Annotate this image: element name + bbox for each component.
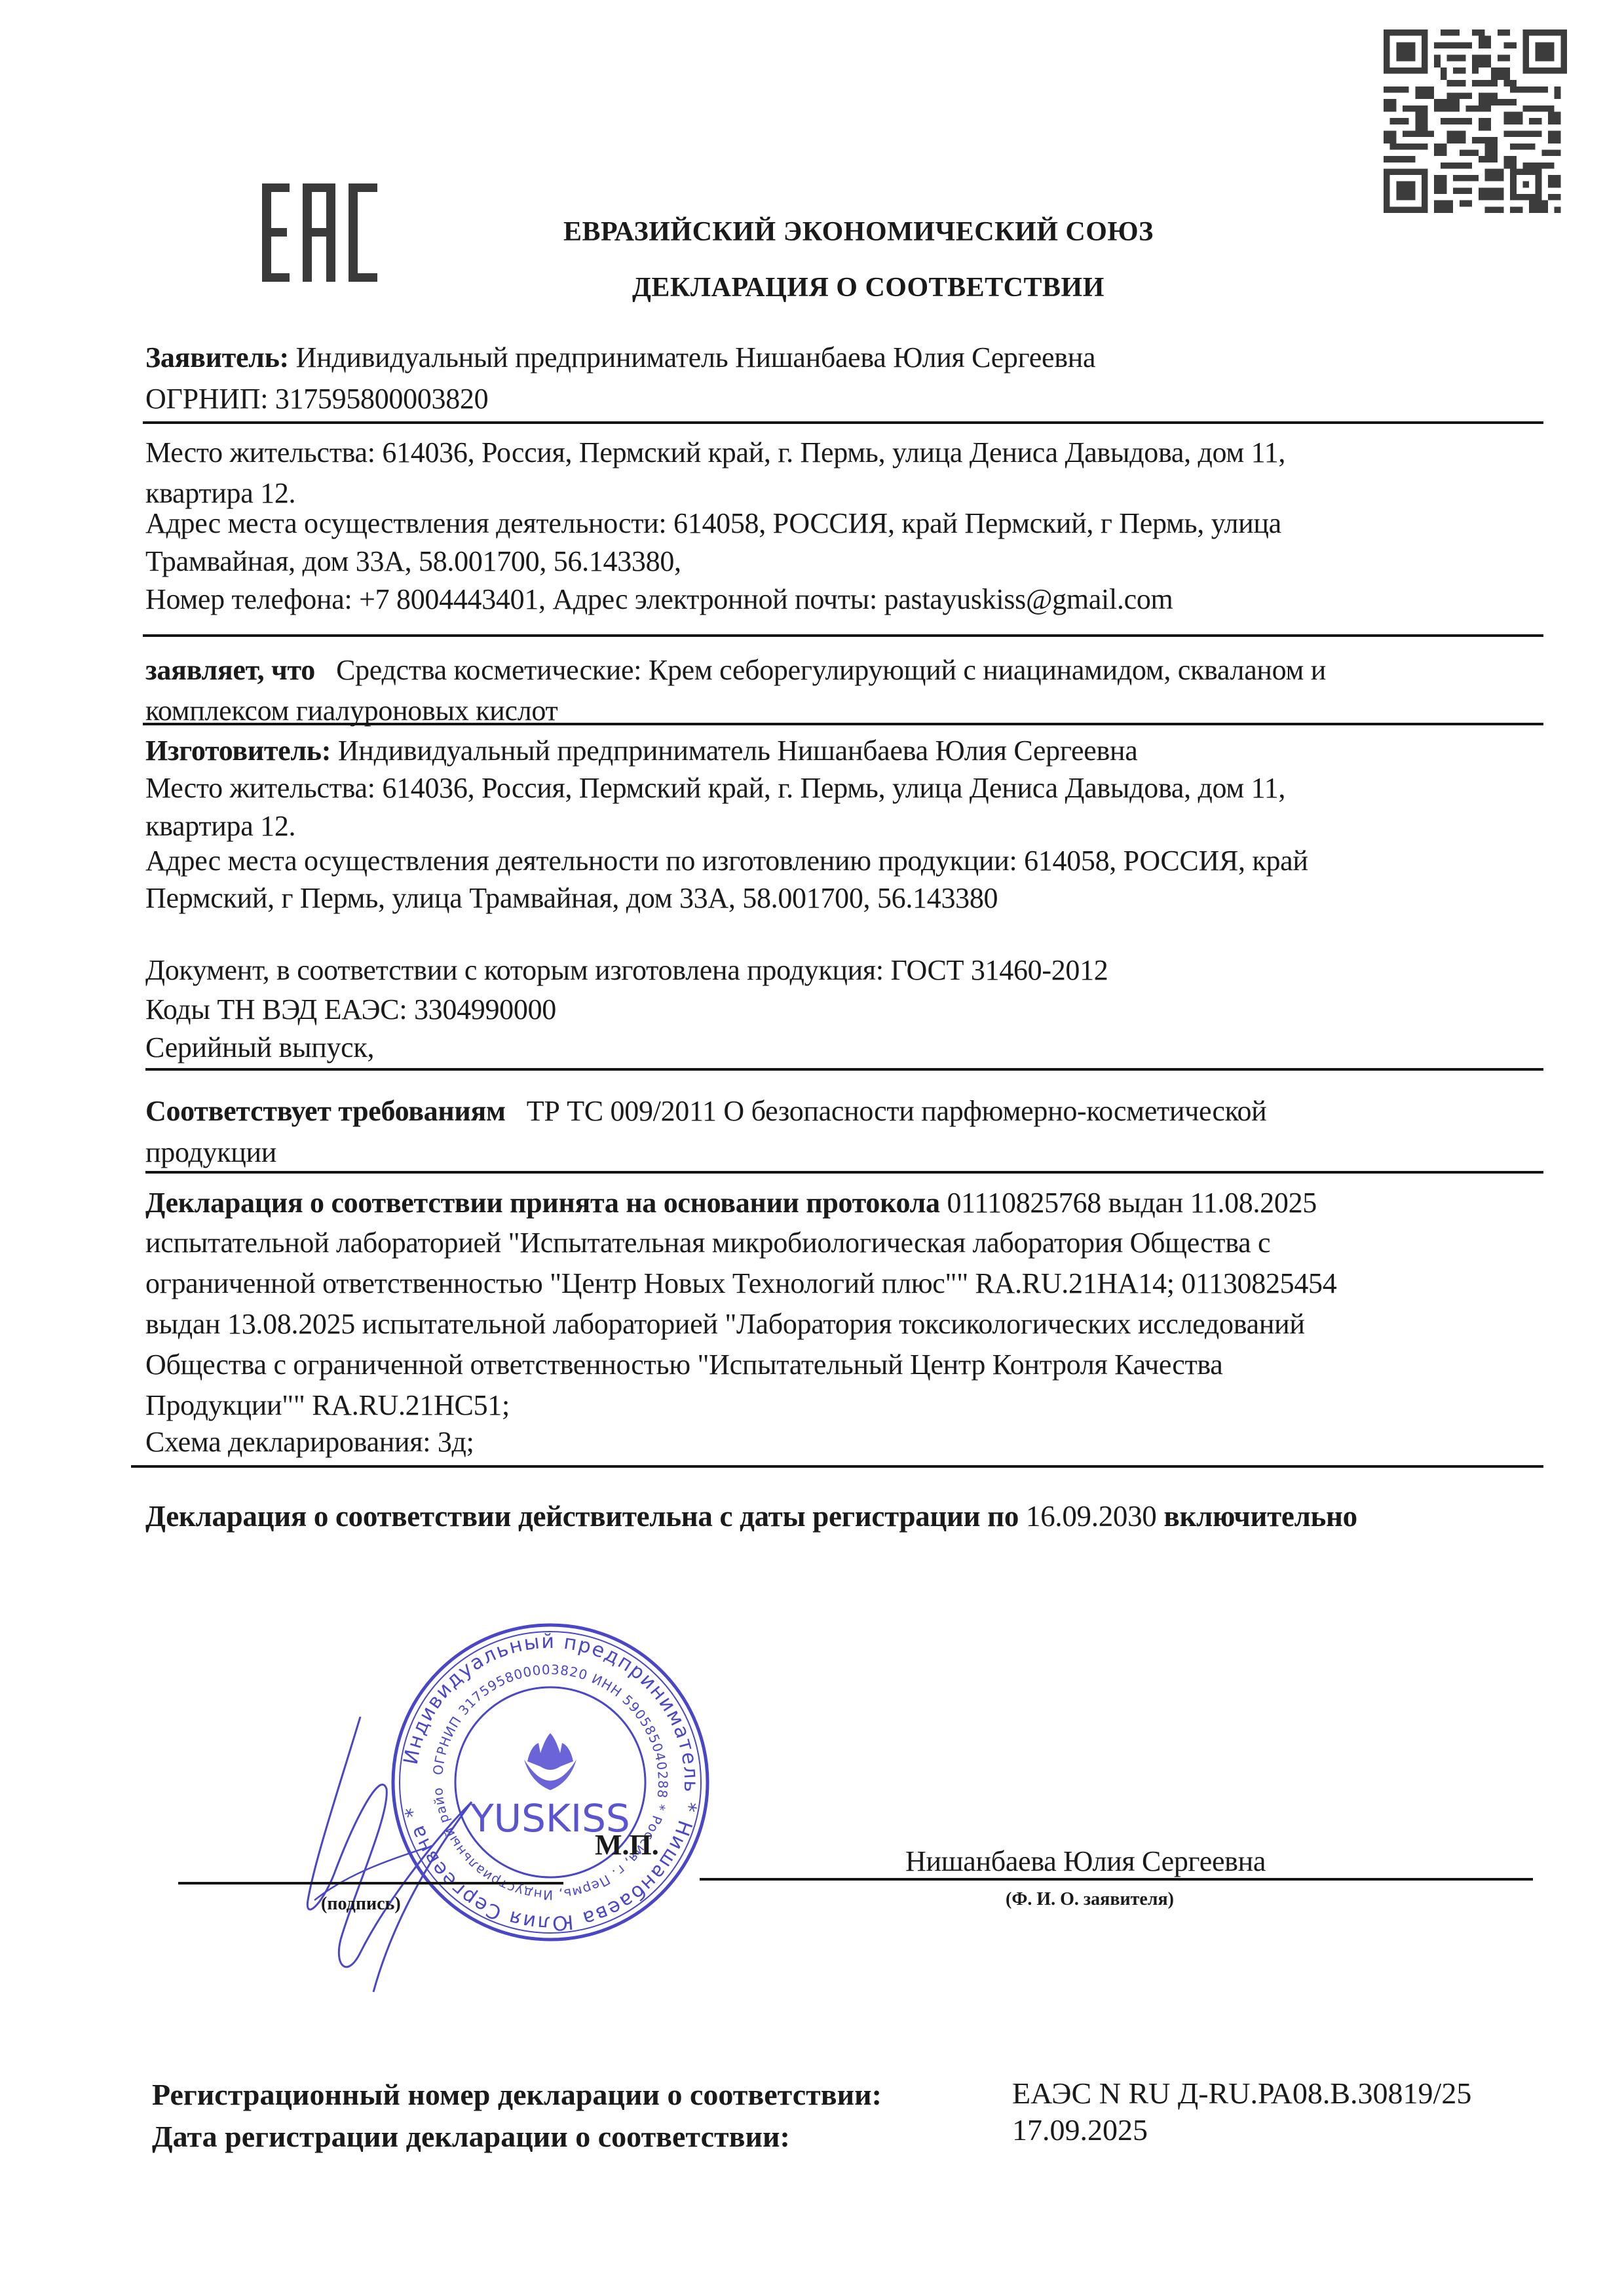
basis-line6: Продукции"" RA.RU.21НС51; — [145, 1385, 1541, 1426]
signature-caption: (подпись) — [321, 1894, 401, 1915]
protocol-info: 01110825768 выдан 11.08.2025 — [940, 1187, 1317, 1219]
declares-label: заявляет, что — [145, 654, 315, 686]
basis-line3: ограниченной ответственностью "Центр Нов… — [145, 1263, 1541, 1304]
qr-code-icon — [1384, 29, 1567, 213]
eac-logo — [262, 183, 380, 282]
regulation-text-cont: продукции — [145, 1132, 1541, 1173]
basis-line5: Общества с ограниченной ответственностью… — [145, 1345, 1541, 1385]
signature-line — [178, 1882, 563, 1885]
applicant-activity-line1: Адрес места осуществления деятельности: … — [145, 503, 1541, 544]
basis-label: Декларация о соответствии принята на осн… — [145, 1187, 940, 1219]
lotus-icon — [524, 1733, 576, 1790]
registration-number: ЕАЭС N RU Д-RU.РА08.В.30819/25 — [1012, 2076, 1471, 2111]
release-type: Серийный выпуск, — [145, 1027, 1541, 1068]
compliance-label: Соответствует требованиям — [145, 1095, 506, 1127]
divider — [145, 1068, 1543, 1071]
product-name-part1: Средства косметические: Крем себорегулир… — [336, 654, 1326, 686]
divider — [143, 723, 1543, 725]
basis-line1: Декларация о соответствии принята на осн… — [145, 1183, 1541, 1223]
manufacturer-line: Изготовитель: Индивидуальный предпринима… — [145, 731, 1541, 771]
registration-number-label: Регистрационный номер декларации о соотв… — [152, 2077, 882, 2112]
applicant-name: Индивидуальный предприниматель Нишанбаев… — [289, 341, 1095, 373]
applicant-contacts: Номер телефона: +7 8004443401, Адрес эле… — [145, 579, 1541, 620]
declaration-scheme: Схема декларирования: 3д; — [145, 1422, 1541, 1463]
applicant-label: Заявитель: — [145, 341, 289, 373]
manufacturer-production-line1: Адрес места осуществления деятельности п… — [145, 841, 1541, 881]
document-title: ДЕКЛАРАЦИЯ О СООТВЕТСТВИИ — [632, 272, 1105, 303]
validity-date: 16.09.2030 — [1026, 1500, 1157, 1533]
union-title: ЕВРАЗИЙСКИЙ ЭКОНОМИЧЕСКИЙ СОЮЗ — [563, 216, 1154, 248]
tn-ved-code: Коды ТН ВЭД ЕАЭС: 3304990000 — [145, 989, 1541, 1030]
validity-prefix: Декларация о соответствии действительна … — [145, 1500, 1026, 1533]
stamp-place-label: М.П. — [595, 1828, 659, 1862]
validity-suffix: включительно — [1157, 1500, 1357, 1533]
registration-date: 17.09.2025 — [1012, 2113, 1148, 2147]
manufacturer-production-line2: Пермский, г Пермь, улица Трамвайная, дом… — [145, 878, 1541, 919]
manufacturer-name: Индивидуальный предприниматель Нишанбаев… — [331, 735, 1137, 767]
applicant-activity-line2: Трамвайная, дом 33А, 58.001700, 56.14338… — [145, 541, 1541, 582]
compliance-line1: Соответствует требованиям ТР ТС 009/2011… — [145, 1091, 1541, 1132]
applicant-residence-line1: Место жительства: 614036, Россия, Пермск… — [145, 432, 1541, 473]
applicant-line: Заявитель: Индивидуальный предпринимател… — [145, 337, 1541, 378]
manufacturer-label: Изготовитель: — [145, 735, 331, 767]
registration-date-label: Дата регистрации декларации о соответств… — [152, 2119, 790, 2154]
applicant-ogrnip: ОГРНИП: 317595800003820 — [145, 379, 1541, 419]
regulation-text: ТР ТС 009/2011 О безопасности парфюмерно… — [527, 1095, 1267, 1127]
standard-document: Документ, в соответствии с которым изгот… — [145, 950, 1541, 991]
manufacturer-residence-line1: Место жительства: 614036, Россия, Пермск… — [145, 768, 1541, 809]
divider — [143, 634, 1543, 637]
applicant-full-name: Нишанбаева Юлия Сергеевна — [905, 1841, 1266, 1882]
handwritten-signature — [275, 1704, 524, 2005]
name-line — [700, 1878, 1533, 1881]
full-name-caption: (Ф. И. О. заявителя) — [1006, 1889, 1174, 1910]
basis-line2: испытательной лабораторией "Испытательна… — [145, 1223, 1541, 1263]
declares-line1: заявляет, что Средства косметические: Кр… — [145, 650, 1541, 691]
basis-line4: выдан 13.08.2025 испытательной лаборатор… — [145, 1304, 1541, 1345]
divider — [143, 421, 1543, 424]
divider — [131, 1465, 1543, 1468]
divider — [145, 1171, 1543, 1174]
validity-line: Декларация о соответствии действительна … — [145, 1496, 1541, 1537]
